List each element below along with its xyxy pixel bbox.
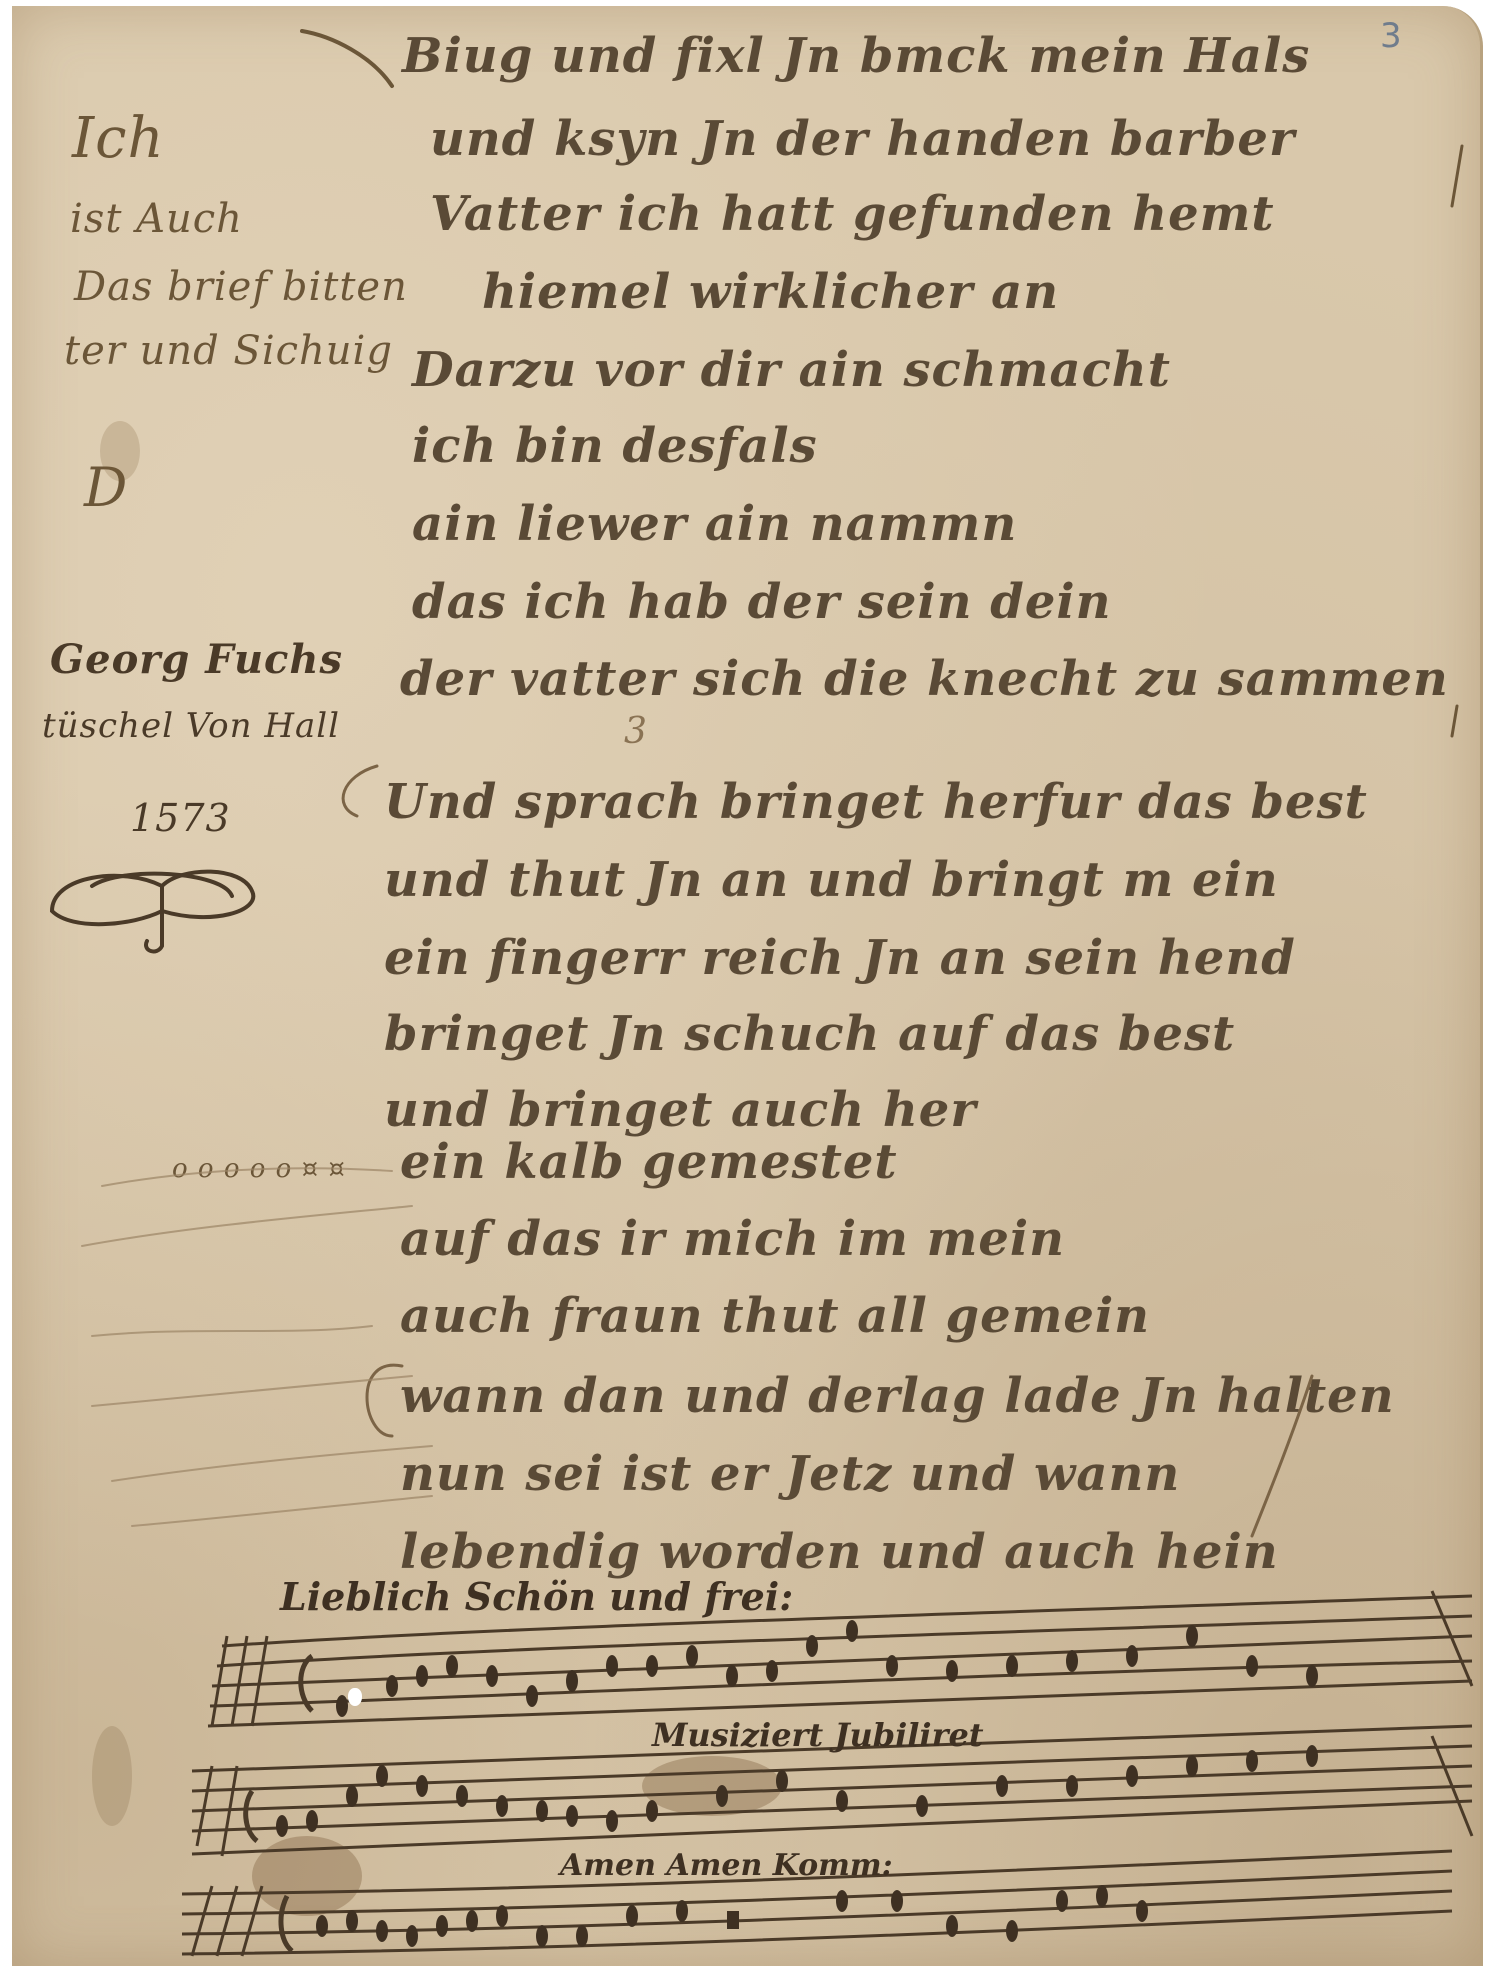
decorative-strokes <box>12 6 1480 1966</box>
music-notes-3 <box>316 1885 1148 1947</box>
manuscript-page: 3 Biug und fixl Jn bmck mein Hals und ks… <box>12 6 1483 1966</box>
music-caption-3: Amen Amen Komm: <box>560 1848 893 1883</box>
music-caption-1: Lieblich Schön und frei: <box>280 1574 793 1619</box>
music-notes-1 <box>336 1620 1318 1717</box>
music-caption-2: Musiziert Jubiliret <box>652 1716 984 1754</box>
paper-hole <box>348 1688 362 1706</box>
